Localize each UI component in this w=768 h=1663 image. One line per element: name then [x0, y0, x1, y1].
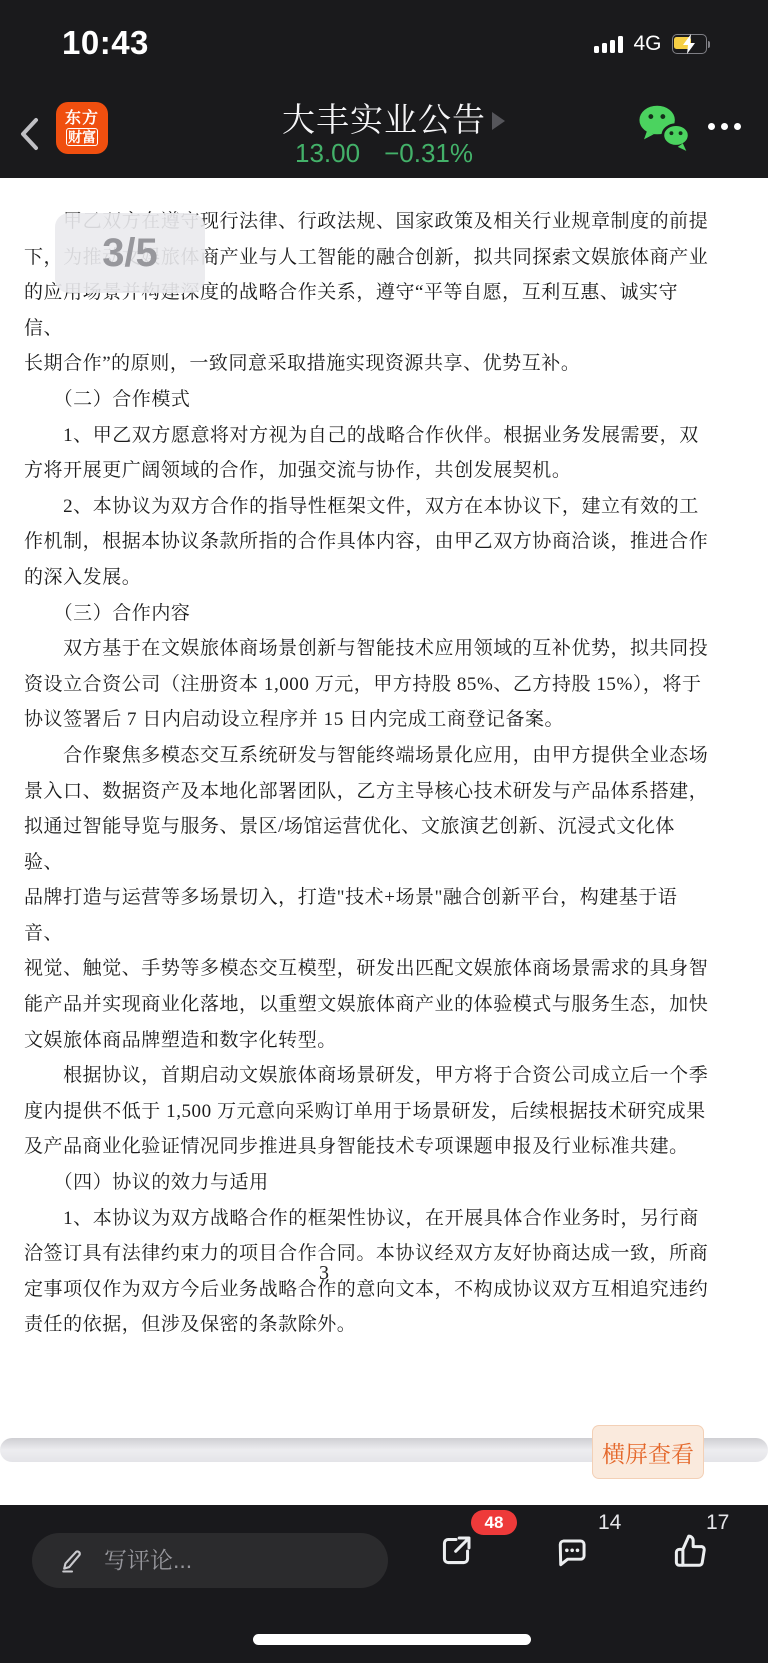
like-button[interactable]: [671, 1532, 709, 1570]
status-bar: 10:43 4G: [0, 0, 768, 90]
landscape-view-button[interactable]: 横屏查看: [592, 1425, 704, 1479]
wechat-share-button[interactable]: [636, 104, 692, 157]
page-number: 3: [0, 1262, 648, 1285]
screen: 10:43 4G 东方 财富 大丰实业公告: [0, 0, 768, 1663]
stock-change: −0.31%: [384, 138, 473, 169]
network-type-label: 4G: [633, 32, 661, 56]
comment-toolbar: 48 14 17: [0, 1505, 768, 1663]
share-badge: 48: [471, 1510, 517, 1535]
comment-input[interactable]: [102, 1546, 402, 1575]
comment-input-pill[interactable]: [32, 1533, 388, 1588]
signal-strength-icon: [594, 36, 623, 53]
more-menu-button[interactable]: [708, 114, 758, 138]
header: 东方 财富 大丰实业公告 13.00 −0.31%: [0, 90, 768, 178]
stock-price: 13.00: [295, 138, 360, 169]
document-page: 甲乙双方在遵守现行法律、行政法规、国家政策及相关行业规章制度的前提 下，为推动文…: [0, 178, 768, 1505]
like-count: 17: [706, 1511, 729, 1535]
wechat-icon: [636, 104, 692, 152]
comment-count: 14: [598, 1511, 621, 1535]
document-text: 甲乙双方在遵守现行法律、行政法规、国家政策及相关行业规章制度的前提 下，为推动文…: [24, 204, 710, 1343]
page-indicator-overlay: 3/5: [55, 213, 205, 293]
title-play-icon[interactable]: [492, 112, 505, 130]
ellipsis-icon: [708, 123, 715, 130]
home-indicator[interactable]: [253, 1634, 531, 1645]
share-button[interactable]: [437, 1532, 475, 1570]
clock: 10:43: [62, 24, 149, 62]
pencil-icon: [58, 1547, 86, 1575]
lightning-bolt-icon: [680, 33, 698, 55]
comment-button[interactable]: [553, 1534, 591, 1570]
battery-charging-icon: [672, 34, 711, 54]
